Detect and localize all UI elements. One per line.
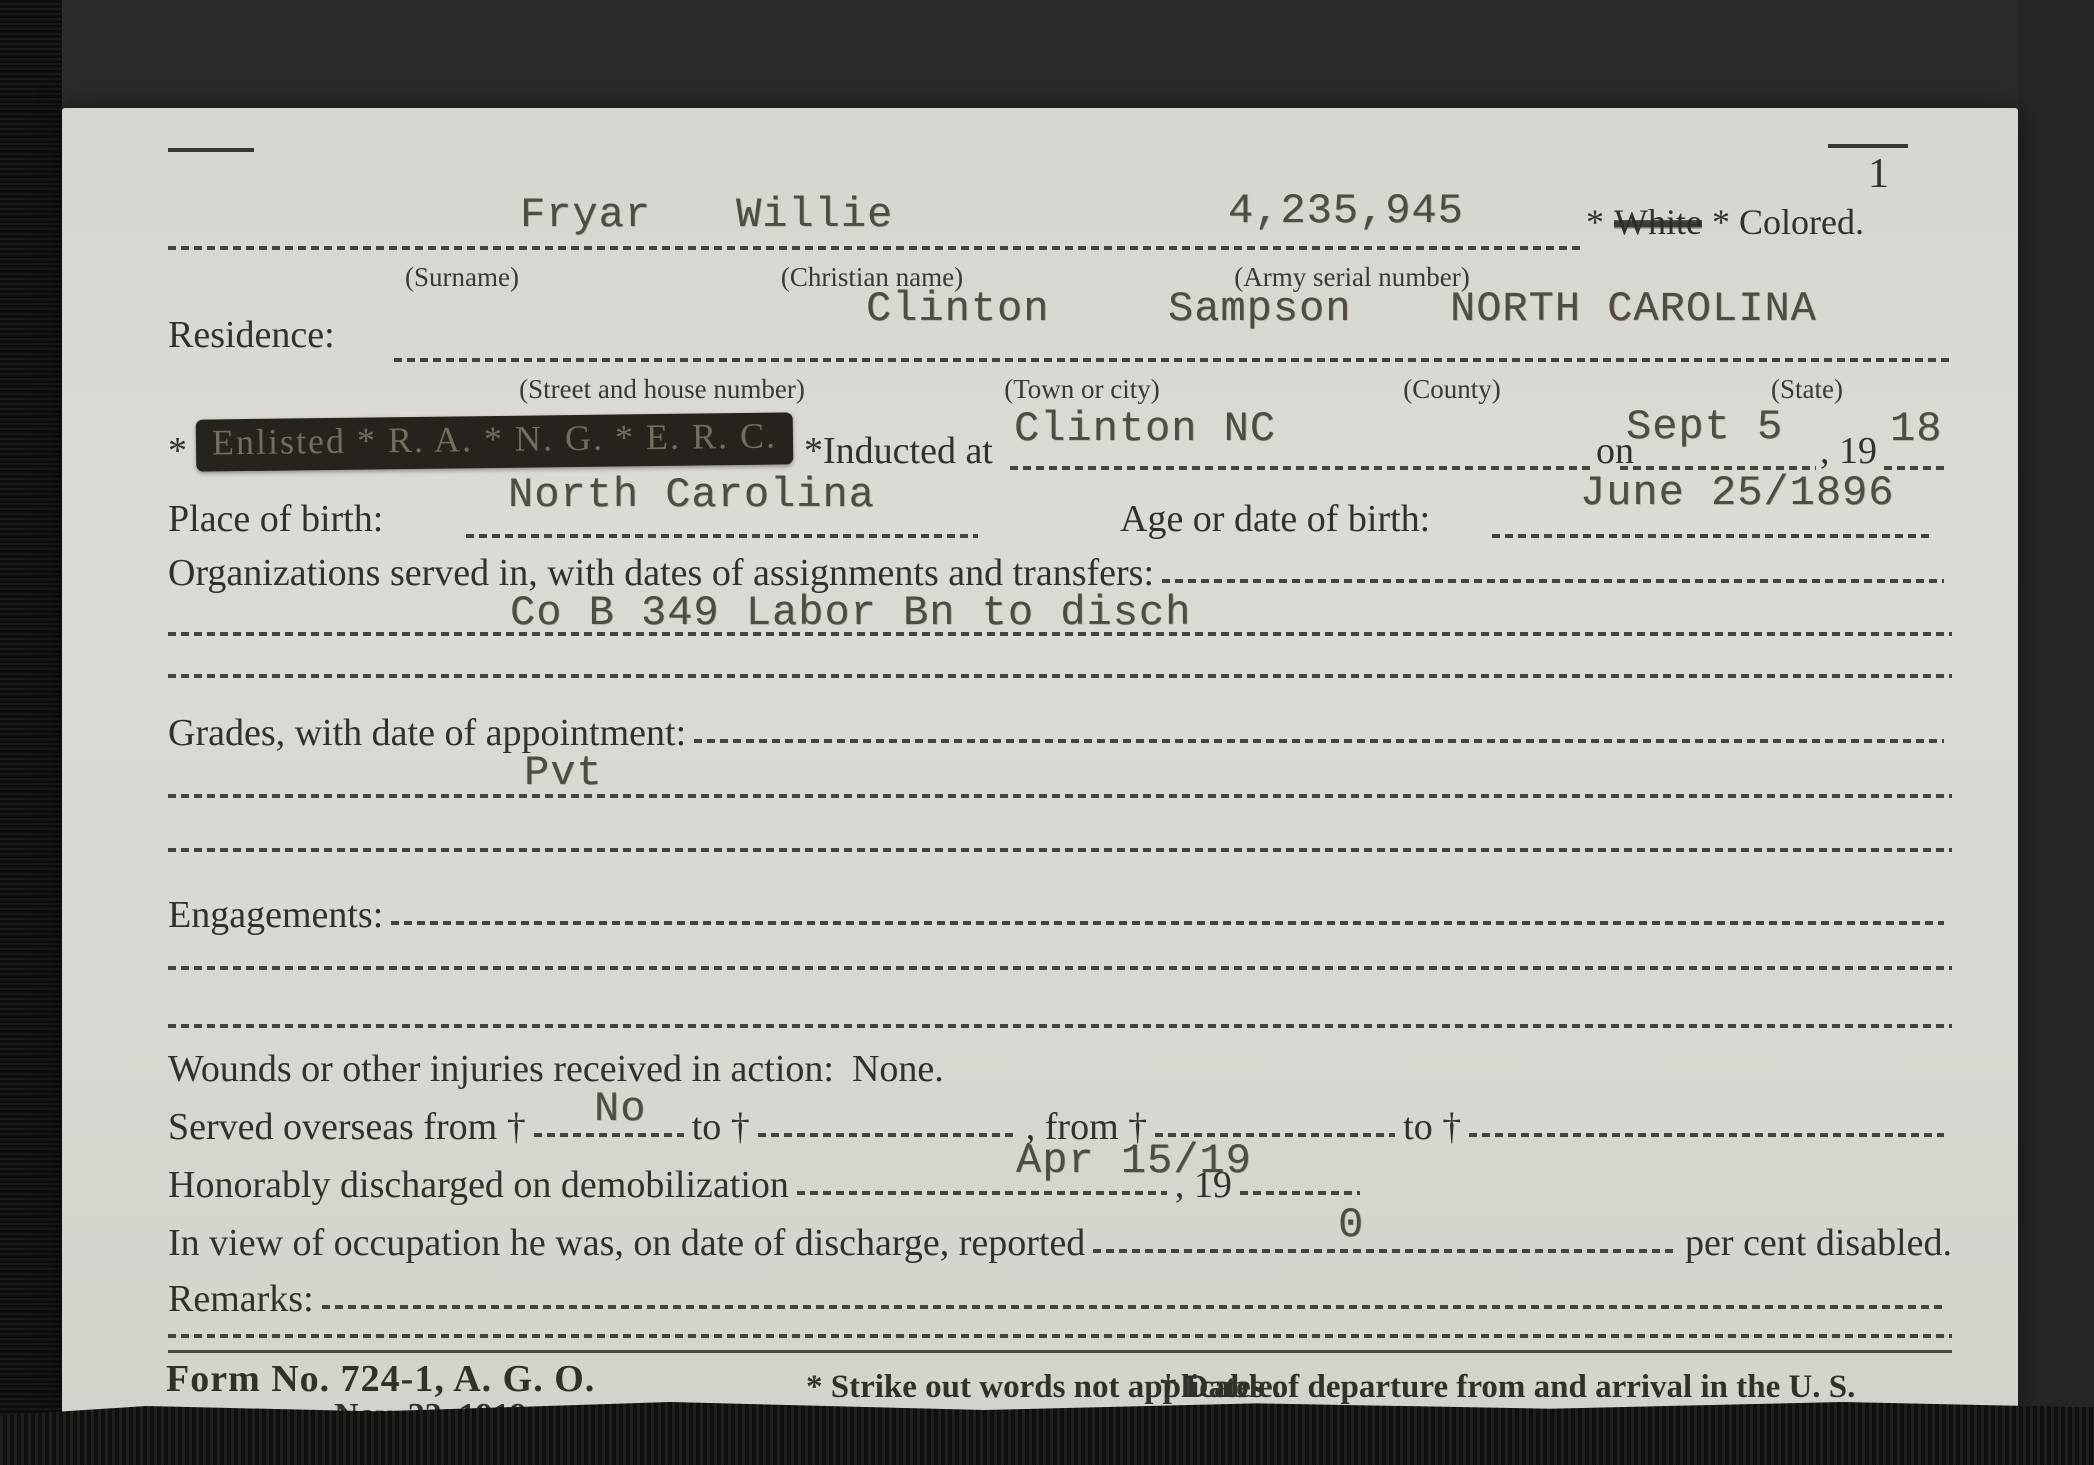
birth-date-line [1492,534,1932,538]
overseas-from-value: No [594,1088,646,1130]
corner-mark-right [1828,144,1908,148]
grades-row: Grades, with date of appointment: [168,714,1952,752]
christian-name-value: Willie [736,194,893,236]
state-value: NORTH CAROLINA [1450,288,1817,330]
place-of-birth-line [466,534,978,538]
inducted-place-value: Clinton NC [1014,408,1276,450]
state-label: (State) [1712,376,1902,403]
disability-label: In view of occupation he was, on date of… [168,1224,1085,1262]
town-label: (Town or city) [942,376,1222,403]
bottom-dashed-line [168,1334,1952,1338]
residence-label: Residence: [168,316,335,356]
grades-label: Grades, with date of appointment: [168,714,686,752]
service-record-card: 1 Fryar Willie 4,235,945 * White * Color… [62,108,2018,1438]
discharge-label: Honorably discharged on demobilization [168,1166,789,1204]
birth-date-value: June 25/1896 [1580,472,1894,514]
engagements-line-2 [168,966,1952,970]
year-19-label: , 19 [1820,432,1877,472]
overseas-to-label-2: to † [1403,1108,1461,1146]
wounds-value: None. [852,1050,944,1088]
place-of-birth-label: Place of birth: [168,500,383,540]
disability-value: 0 [1338,1204,1364,1246]
town-value: Clinton [866,288,1049,330]
race-asterisk: * [1586,204,1604,242]
grades-line-2 [168,794,1952,798]
overseas-label: Served overseas from † [168,1108,526,1146]
organizations-label: Organizations served in, with dates of a… [168,554,1154,592]
engagements-label: Engagements: [168,896,383,934]
grades-line-1 [694,739,1944,743]
surname-value: Fryar [520,194,651,236]
name-divider-line [168,246,1582,250]
engagements-row: Engagements: [168,896,1952,934]
race-annotation: * White * Colored. [1586,204,1864,242]
disability-suffix: per cent disabled. [1685,1224,1952,1262]
age-label: Age or date of birth: [1120,500,1430,540]
discharge-date-value: Apr 15/19 [1016,1140,1252,1182]
residence-line [394,358,1950,362]
surname-label: (Surname) [362,264,562,291]
overseas-from-line-1 [534,1133,684,1137]
remarks-label: Remarks: [168,1280,314,1318]
overseas-to-line-2 [1469,1133,1944,1137]
corner-mark-left [168,148,254,152]
redacted-enlisted-text: Enlisted * R. A. * N. G. * E. R. C. [212,416,777,463]
remarks-line [322,1305,1944,1309]
departure-dates-note: † Dates of departure from and arrival in… [1160,1370,1855,1405]
serial-number-value: 4,235,945 [1228,190,1464,232]
wounds-label: Wounds or other injuries received in act… [168,1050,834,1088]
wounds-row: Wounds or other injuries received in act… [168,1050,944,1088]
engagements-line-3 [168,1024,1952,1028]
street-label: (Street and house number) [492,376,832,403]
county-value: Sampson [1168,288,1351,330]
remarks-row: Remarks: [168,1280,1952,1318]
scan-background-right [2018,0,2094,1465]
form-number: Form No. 724-1, A. G. O. [166,1360,595,1400]
discharge-date-line [797,1191,1167,1195]
organizations-value: Co B 349 Labor Bn to disch [510,592,1191,634]
disability-row: In view of occupation he was, on date of… [168,1224,1952,1262]
organizations-line-2 [168,632,1952,636]
film-edge-strip [0,0,62,1465]
organizations-line-3 [168,674,1952,678]
inducted-at-label: *Inducted at [804,432,993,472]
engagements-line-1 [391,921,1944,925]
place-of-birth-value: North Carolina [508,474,875,516]
organizations-row: Organizations served in, with dates of a… [168,554,1952,592]
inducted-place-line [1010,466,1592,470]
race-colored: * Colored. [1712,204,1864,242]
bottom-solid-line [168,1350,1952,1353]
year-value: 18 [1890,408,1942,450]
discharge-year-line [1240,1191,1360,1195]
page-number: 1 [1868,152,1889,196]
scan-background-top [62,0,2094,108]
induction-date-value: Sept 5 [1626,406,1783,448]
overseas-to-line-1 [758,1133,1018,1137]
grade-value: Pvt [524,752,603,794]
county-label: (County) [1352,376,1552,403]
race-white-struck: White [1614,204,1702,242]
organizations-line-1 [1162,579,1944,583]
overseas-to-label-1: to † [692,1108,750,1146]
enlisted-asterisk: * [168,432,187,472]
disability-line [1093,1249,1677,1253]
redaction-bar: Enlisted * R. A. * N. G. * E. R. C. [196,412,794,471]
grades-line-3 [168,848,1952,852]
